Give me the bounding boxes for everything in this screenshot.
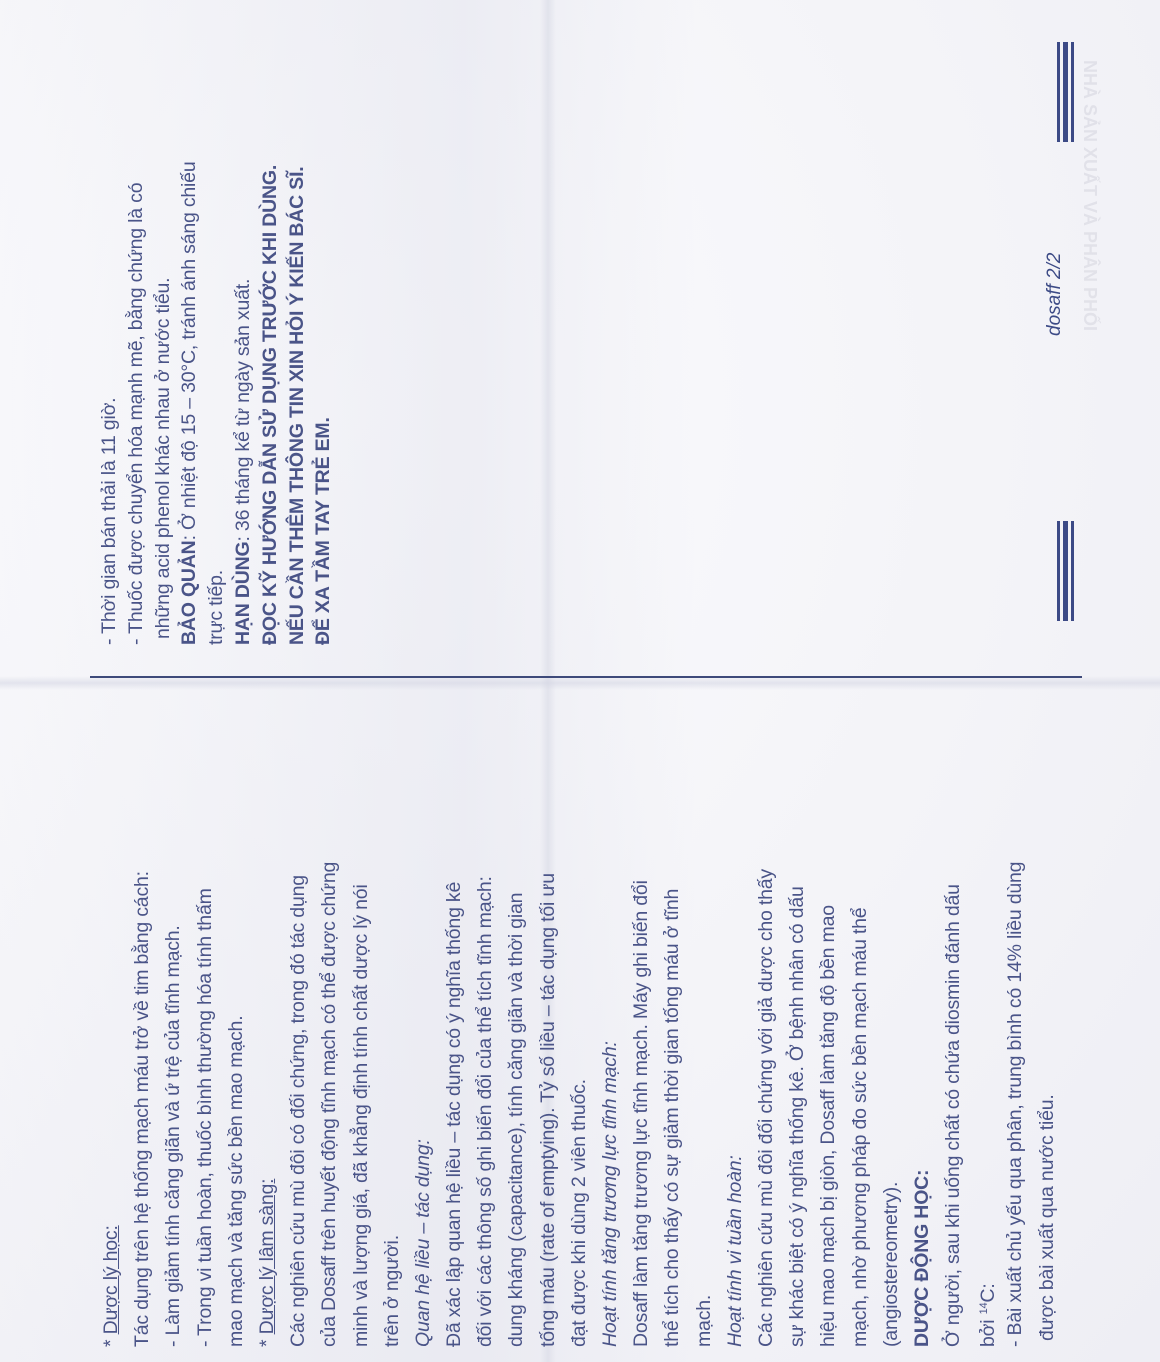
text-line: những acid phenol khác nhau ở nước tiểu. <box>150 5 177 645</box>
text-line: Hoạt tính tăng trương lực tĩnh mạch: <box>595 707 626 1347</box>
text-line: Hoạt tính vi tuần hoàn: <box>720 707 751 1347</box>
text-line: sự khác biệt có ý nghĩa thống kê. Ở bệnh… <box>782 707 813 1347</box>
text-line: đạt được khi dùng 2 viên thuốc. <box>564 707 595 1347</box>
text-line: ĐỌC KỸ HƯỚNG DẪN SỬ DỤNG TRƯỚC KHI DÙNG. <box>257 5 284 645</box>
text-line: đối với các thông số ghi biến đổi của th… <box>470 707 501 1347</box>
text-line: mạch, nhờ phương pháp đo sức bền mạch má… <box>845 707 876 1347</box>
text-line: - Trong vi tuần hoàn, thuốc bình thường … <box>190 707 221 1347</box>
text-line: HẠN DÙNG: 36 tháng kể từ ngày sản xuất. <box>230 5 257 645</box>
bleed-through-text: NHÀ SẢN XUẤT VÀ PHÂN PHỐI <box>1079 60 1100 331</box>
text-line: NẾU CẦN THÊM THÔNG TIN XIN HỎI Ý KIẾN BÁ… <box>284 5 311 645</box>
section-divider <box>90 676 1082 678</box>
text-line: ĐỂ XA TẦM TAY TRẺ EM. <box>310 5 337 645</box>
text-line: * Dược lý học: <box>96 707 127 1347</box>
text-line: mao mạch và tăng sức bền mao mạch. <box>221 707 252 1347</box>
text-line: DƯỢC ĐỘNG HỌC: <box>907 707 938 1347</box>
text-line: (angiostereometry). <box>876 707 907 1347</box>
text-line: * Dược lý lâm sàng: <box>252 707 283 1347</box>
section-label: BẢO QUẢN <box>178 540 200 645</box>
subsection-heading: Dược lý học: <box>100 1225 122 1334</box>
triple-bar-mark-top <box>1057 42 1075 142</box>
upper-panel: - Thời gian bán thải là 11 giờ.- Thuốc đ… <box>96 5 337 645</box>
page-footer-label: dosaff 2/2 <box>1044 253 1066 336</box>
text-line: - Thời gian bán thải là 11 giờ. <box>96 5 123 645</box>
text-line: dung kháng (capacitance), tính căng giãn… <box>501 707 532 1347</box>
paper-fold-horizontal <box>0 676 1160 690</box>
text-line: Quan hệ liều – tác dụng: <box>408 707 439 1347</box>
section-label: HẠN DÙNG <box>232 542 254 645</box>
text-line: - Thuốc được chuyển hóa mạnh mẽ, bằng ch… <box>123 5 150 645</box>
text-line: trên ở người. <box>377 707 408 1347</box>
text-line: trực tiếp. <box>203 5 230 645</box>
text-line: minh và lượng giá, đã khẳng định tính ch… <box>346 707 377 1347</box>
text-line: của Dosaff trên huyết động tĩnh mạch có … <box>314 707 345 1347</box>
subsection-heading: Dược lý lâm sàng: <box>256 1179 278 1335</box>
text-line: mạch. <box>689 707 720 1347</box>
text-line: tống máu (rate of emptying). Tỷ số liều … <box>533 707 564 1347</box>
triple-bar-mark-bottom <box>1057 521 1075 621</box>
text-line: hiệu mao mạch bị giòn, Dosaff làm tăng đ… <box>813 707 844 1347</box>
text-line: Các nghiên cứu mù đôi có đối chứng, tron… <box>283 707 314 1347</box>
text-line: Đã xác lập quan hệ liều – tác dụng có ý … <box>439 707 470 1347</box>
lower-panel: * Dược lý học:Tác dụng trên hệ thống mạc… <box>96 707 1063 1347</box>
text-line: được bài xuất qua nước tiểu. <box>1032 707 1063 1347</box>
text-line: - Làm giảm tính căng giãn và ứ trệ của t… <box>158 707 189 1347</box>
text-line: Ở người, sau khi uống chất có chứa diosm… <box>938 707 969 1347</box>
text-line: Các nghiên cứu mù đôi đối chứng với giả … <box>751 707 782 1347</box>
text-line: thể tích cho thấy có sự giảm thời gian t… <box>657 707 688 1347</box>
text-line: - Bài xuất chủ yếu qua phân, trung bình … <box>1000 707 1031 1347</box>
section-text: : Ở nhiệt độ 15 – 30°C, tránh ánh sáng c… <box>178 162 200 541</box>
text-line: Tác dụng trên hệ thống mạch máu trở về t… <box>127 707 158 1347</box>
text-line: Dosaff làm tăng trương lực tĩnh mạch. Má… <box>626 707 657 1347</box>
section-text: : 36 tháng kể từ ngày sản xuất. <box>232 279 254 542</box>
text-line: BẢO QUẢN: Ở nhiệt độ 15 – 30°C, tránh án… <box>176 5 203 645</box>
text-line: bởi 14C: <box>969 707 1000 1347</box>
